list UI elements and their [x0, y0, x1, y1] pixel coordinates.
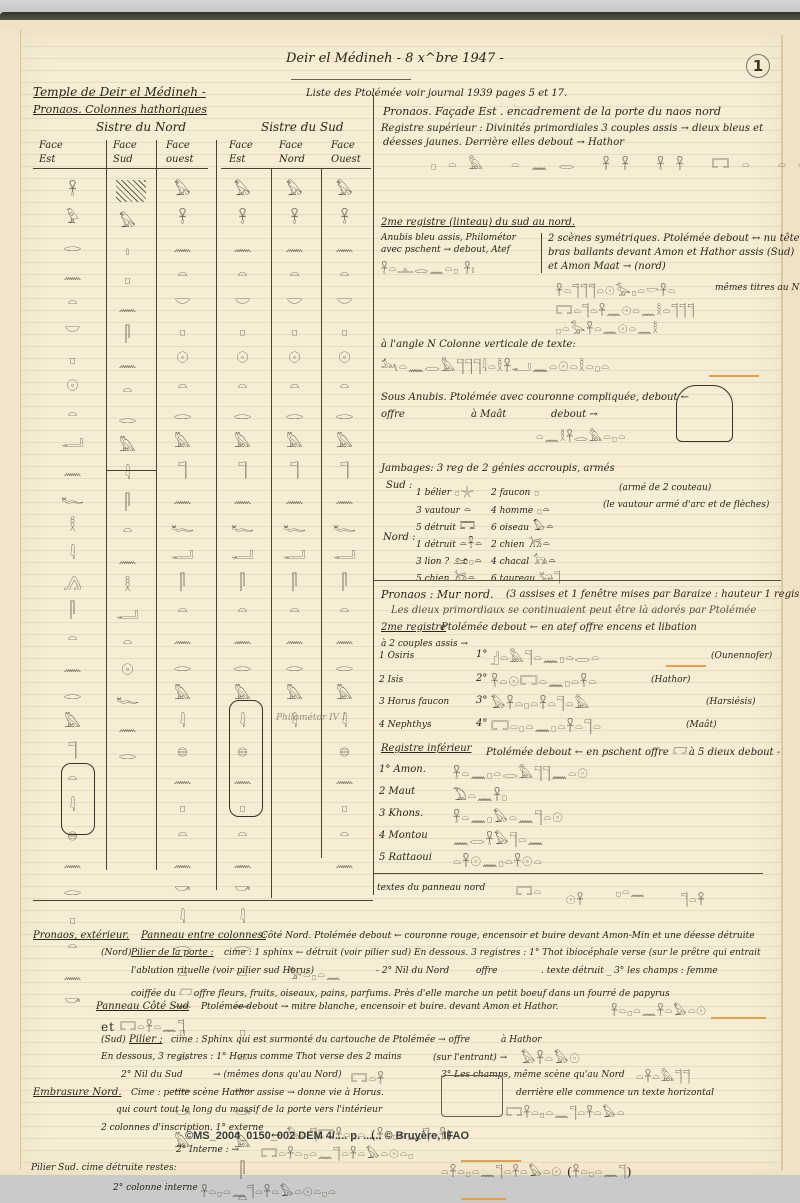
pilier-porte: Pilier de la porte :: [131, 948, 214, 958]
glyph-column-sud-nord: 𓅃𓋹𓈖𓏏𓎟𓊪𓇳𓏏𓂋𓅓𓊹𓈖𓆑𓂝𓋴𓏏𓈖𓂋𓅓𓇋: [283, 175, 301, 505]
anubis-note: Anubis bleu assis, Philométor: [381, 233, 516, 243]
glyph-row: 𓏏𓈖𓎛𓋹𓂋𓅓𓏏𓊪𓏏: [536, 425, 626, 445]
section-title: Pronaos. Colonnes hathoriques: [33, 103, 207, 116]
embrasure-title: Embrasure Nord.: [33, 1087, 122, 1098]
jambage-entry: 6 taureau𓃒𓊹: [491, 566, 562, 585]
reference-note: Liste des Ptolémée voir journal 1939 pag…: [306, 88, 567, 99]
glyph-row: 𓋹𓏏𓊵𓂋𓈖𓏏𓊪 𓋹𓏤: [381, 257, 475, 277]
jambage-name: 2 faucon: [491, 488, 530, 498]
en-dessous-2: (sur l'entrant) →: [433, 1053, 507, 1063]
glyph-group: 𓊪𓏏𓈖: [616, 880, 646, 900]
glyph-row: 𓋹𓏏𓊪𓏏𓈖𓊹𓏏𓋹𓏏𓅃𓏏𓇳𓏏𓊪𓏏: [201, 1180, 337, 1200]
panneau-entre: Panneau entre colonnes:: [141, 930, 266, 941]
panneau-nord-label: textes du panneau nord: [377, 883, 485, 893]
glyph-note: mêmes titres au N et au S: [715, 283, 800, 293]
mur-nord-line: Les dieux primordiaux se continuaient pe…: [391, 605, 756, 616]
column-header-side: Est: [229, 154, 245, 165]
table-bottom-rule: [33, 900, 373, 901]
cote-nord-text: Côté Nord. Ptolémée debout ← couronne ro…: [261, 931, 755, 941]
column-header-face: Face: [166, 140, 190, 151]
sud-label: (Sud): [101, 1035, 126, 1045]
column-header-side: Sud: [113, 154, 133, 165]
mur-nord-reg2: 2me registre: [381, 622, 446, 633]
page-divider: [373, 95, 374, 895]
glyph-column-sud-ouest: 𓅃𓋹𓈖𓏏𓎟𓊪𓇳𓏏𓂋𓅓𓊹𓈖𓆑𓂝𓋴𓏏𓈖𓂋𓅓𓇋𓐍𓈖𓊪𓏏𓈖: [333, 175, 351, 615]
registre-superieur: Registre supérieur : Divinités primordia…: [381, 123, 763, 134]
jambage-name: 6 taureau: [491, 574, 535, 584]
mur-nord-couples: à 2 couples assis →: [381, 639, 468, 649]
mur-nord-note: (3 assises et 1 fenêtre mises par Baraiz…: [506, 589, 800, 600]
glyph-column-nord-sud: 𓅃𓏤𓊪𓈖𓋴𓈖𓏏𓂋𓅓𓇋𓋴𓏏𓈖𓎛𓂝𓏏𓇳𓆑𓈖𓂋: [116, 207, 134, 497]
column-header-face: Face: [279, 140, 303, 151]
crown-sketch: [676, 385, 733, 442]
jambage-glyphs: 𓊪𓇼: [455, 485, 475, 498]
glyph-row: 𓊪𓏏𓅓 𓏏𓈖𓂋 𓋹𓋹 𓋹𓋹 𓉐𓏏 𓏏𓏏𓏏: [431, 153, 800, 174]
orange-underline: [461, 1198, 506, 1200]
glyph-row: 𓏏𓋹𓇳𓈖𓊪𓏏𓋹𓇳𓏏: [453, 850, 543, 871]
scene-sketch: [441, 1075, 503, 1117]
column-header-side: Ouest: [331, 154, 361, 165]
god-number: 2°: [476, 673, 487, 684]
glyph-row: 𓊪𓏏𓅭𓋹𓏏𓈖𓇳𓏏𓈖𓎛: [556, 317, 659, 337]
jambages-title: Jambages: 3 reg de 2 génies accroupis, a…: [381, 463, 615, 474]
jambage-name: 5 chien: [416, 574, 449, 584]
panneau-sud: Panneau Côté Sud: [96, 1001, 189, 1012]
column-header-side: Est: [39, 154, 55, 165]
glyph-row: 𓉐𓏏𓋹: [351, 1067, 385, 1087]
embrasure-text: Cime : petite scène Hathor assise → donn…: [131, 1088, 384, 1098]
glyph-row: 𓅃𓋹𓏏𓊪𓏏𓋹𓏏𓊹𓏏𓅓: [491, 692, 590, 713]
orange-underline: [711, 1017, 766, 1019]
couvert: qui court tout le long du massif de la p…: [116, 1105, 382, 1115]
glyph-row: 𓅞𓏏𓊪𓏏𓈖: [289, 963, 341, 983]
sous-anubis: Sous Anubis. Ptolémée avec couronne comp…: [381, 392, 689, 403]
god-name: 2 Isis: [379, 675, 403, 685]
column-divider: [216, 140, 217, 890]
glyph-row: 𓉐𓏏𓊹𓏏𓋹𓈖𓇳𓏏𓈖𓎛𓏏𓊹𓊹𓊹: [556, 299, 695, 319]
pilier-sud-text2: à Hathor: [501, 1035, 542, 1045]
interne: 2° Interne : →: [176, 1145, 239, 1155]
mur-nord-title: Pronaos : Mur nord.: [381, 588, 494, 601]
jambage-entry: 5 chien𓃡𓏏: [416, 566, 476, 585]
previous-page-edge: [0, 30, 21, 1170]
pilier-text: cime : 1 sphinx ← détruit (voir pilier s…: [224, 948, 761, 958]
orange-underline: [709, 375, 759, 377]
ablution-4: . texte détruit _ 3° les champs : femme: [541, 966, 718, 976]
panneau-sud-text: Ptolémée debout → mitre blanche, encenso…: [201, 1002, 558, 1012]
sous-anubis-debout: debout →: [551, 409, 598, 420]
column-divider: [106, 140, 107, 870]
glyph-group: 𓉐𓏏: [516, 880, 542, 900]
sous-anubis-maat: à Maât: [471, 409, 506, 420]
god-name: 4 Nephthys: [379, 720, 431, 730]
column-header-face: Face: [39, 140, 63, 151]
glyph-row: 𓋹𓏏𓈖𓊪𓏏𓂋𓅓𓊹𓊹𓈖𓏏𓇳: [453, 762, 589, 783]
archive-watermark: ©MS_2004_0150_002 DEM 4/.... p. ...... ©…: [185, 1130, 469, 1142]
registre-inf-title: Registre inférieur: [381, 743, 471, 754]
god-name: 3 Horus faucon: [379, 697, 449, 707]
jambages-sud-label: Sud :: [386, 480, 412, 491]
jambage-glyphs: 𓃒𓊹: [539, 571, 561, 584]
glyph-row: 𓈖𓂋𓋹𓅃𓊹𓏏𓈖: [453, 828, 544, 849]
temple-title: Temple de Deir el Médineh -: [33, 85, 206, 99]
glyph-row: 𓋹𓏏𓈖𓊪𓅃𓏏𓈖𓊹𓏏𓇳: [453, 806, 564, 827]
mur-nord-reg2-text: Ptolémée debout ← en atef offre encens e…: [441, 622, 697, 633]
god-name: 1° Amon.: [379, 764, 426, 775]
scenes-note: 2 scènes symétriques. Ptolémée debout ↔ …: [548, 233, 800, 244]
facade-title: Pronaos. Façade Est . encadrement de la …: [383, 105, 721, 118]
table-header-rule-south: [221, 168, 371, 169]
title-underline: [291, 79, 411, 80]
colonne-interne: 2° colonne interne: [113, 1183, 198, 1193]
section-rule: [373, 580, 781, 581]
jambages-note: (armé de 2 couteau): [619, 483, 711, 493]
glyph-group: 𓇳𓋹: [566, 888, 584, 908]
nil-sud-2: → (mêmes dons qu'au Nord): [213, 1070, 342, 1080]
en-dessous: En dessous, 3 registres : 1° Horus comme…: [101, 1052, 401, 1062]
reg2-title: 2me registre (linteau) du sud au nord.: [381, 217, 575, 228]
coiffee: coiffée du 𓉐 offre fleurs, fruits, oisea…: [131, 984, 670, 999]
nil-sud: 2° Nil du Sud: [121, 1070, 183, 1080]
god-number: 1°: [476, 649, 487, 660]
registre-superieur-cont: déesses jaunes. Derrière elles debout → …: [383, 137, 624, 148]
hatched-damage: [116, 180, 146, 202]
jambages-nord-label: Nord :: [383, 532, 416, 543]
glyph-row: 𓏏𓋹𓏏𓊪𓏏𓈖𓊹𓏏𓋹𓏏𓅃𓏏𓇳 (𓋹𓏏𓊪𓏏𓈖𓊹): [441, 1160, 632, 1180]
glyph-row: 𓉐𓏏𓋹𓏏𓊪𓏏𓈖𓊹𓏏𓋹𓏏𓅃𓏏𓇳𓏏𓊪: [261, 1142, 414, 1162]
cartouche: [61, 763, 95, 835]
god-epithet: (Hathor): [651, 675, 690, 685]
table-header-rule-north: [33, 168, 208, 169]
glyph-row: 𓋹𓏏𓊹𓊹𓊹𓏏𓇳𓅭𓊪𓏏𓎡𓋹𓏏: [556, 279, 676, 299]
exterieur-title: Pronaos, extérieur.: [33, 930, 129, 941]
god-name: 1 Osiris: [379, 651, 414, 661]
glyph-row: 𓅐𓏏𓈖𓋹𓊪: [453, 784, 508, 805]
glyph-group: 𓊹𓏏𓋹: [681, 888, 705, 908]
page-number: 1: [746, 54, 770, 78]
cartouche: [229, 700, 263, 817]
sistre-sud-label: Sistre du Sud: [261, 120, 344, 134]
glyph-row: 𓏏𓋹𓏏𓅓𓊹𓊹: [636, 1065, 691, 1085]
column-header-face: Face: [331, 140, 355, 151]
embrasure-text2: derrière elle commence un texte horizont…: [516, 1088, 714, 1098]
pilier-sud-cime: Pilier Sud. cime détruite restes:: [31, 1163, 177, 1173]
god-name: 2 Maut: [379, 786, 415, 797]
pilier-sud-text: cime : Sphinx qui est surmonté du cartou…: [171, 1035, 470, 1045]
god-epithet: (Ounennofer): [711, 651, 772, 661]
anubis-note-2: avec pschent → debout, Atef: [381, 245, 510, 255]
god-name: 4 Montou: [379, 830, 428, 841]
divider: [541, 233, 542, 273]
column-header-face: Face: [113, 140, 137, 151]
glyph-column-nord-ouest: 𓅃𓋹𓈖𓏏𓎟𓊪𓇳𓏏𓂋𓅓𓊹𓈖𓆑𓂝𓋴𓏏𓈖𓂋𓅓𓇋𓐍𓈖𓊪𓏏𓈖𓎡𓇋𓂋𓏏𓈖𓊪𓏏𓈖𓎡𓅓: [171, 175, 189, 875]
column-header-side: ouest: [166, 154, 194, 165]
god-number: 4°: [476, 718, 487, 729]
god-name: 3 Khons.: [379, 808, 423, 819]
glyph-row: 𓅃𓋹𓏏𓅃𓇳: [521, 1047, 581, 1068]
jambage-glyphs: 𓊪: [534, 485, 539, 498]
jambage-name: 1 bélier: [416, 488, 451, 498]
god-epithet: (Maât): [686, 720, 717, 730]
orange-underline: [666, 665, 706, 667]
glyph-row: 𓉐𓏏𓊪𓏏𓈖𓊪𓏏𓋹𓏏𓊹𓏏: [491, 715, 602, 736]
column-end-rule: [106, 470, 156, 471]
glyph-row: 𓃢𓏏𓈖𓂋𓅓𓊹𓊹𓊹𓇋𓏏𓎛𓋹𓂝𓈖𓏏𓇳𓏏𓎛𓏏𓊪𓏏: [381, 355, 610, 376]
jambage-entry: 1 bélier𓊪𓇼: [416, 480, 475, 499]
registre-inf-text: Ptolémée debout ← en pschent offre 𓉐 à 5…: [486, 743, 780, 759]
glyph-row: et 𓉐𓏏𓋹𓏏𓈖𓊹: [101, 1015, 186, 1035]
glyph-row: 𓋹𓏏𓊪𓏏𓈖𓋹𓏏𓅃𓏏𓇳: [611, 999, 707, 1019]
glyph-row: 𓊨𓏏𓅓𓊹𓏏𓈖𓊪𓏏𓂋𓏏: [491, 646, 600, 667]
nord-label: (Nord): [101, 948, 131, 958]
column-header-side: Nord: [279, 154, 305, 165]
angle-label: à l'angle N Colonne verticale de texte:: [381, 339, 576, 350]
scenes-note-3: et Amon Maat → (nord): [548, 261, 666, 272]
pencil-note: Philométor IV I: [276, 713, 346, 723]
page-title: Deir el Médineh - 8 x^bre 1947 -: [286, 51, 504, 66]
ablution-3: offre: [476, 966, 497, 976]
glyph-row: 𓉐𓋹𓏏𓊪𓏏𓈖𓊹𓏏𓋹𓏏𓅃𓏏: [506, 1101, 625, 1121]
sistre-nord-label: Sistre du Nord: [96, 120, 186, 134]
column-divider: [321, 168, 322, 858]
jambage-entry: 2 faucon𓊪: [491, 480, 540, 499]
sous-anubis-offre: offre: [381, 409, 405, 420]
god-epithet: (Harsiésis): [706, 697, 755, 707]
god-number: 3°: [476, 695, 487, 706]
notebook-page: Deir el Médineh - 8 x^bre 1947 - 1 Templ…: [20, 35, 783, 1170]
pilier-sud: Pilier ;: [129, 1034, 163, 1045]
column-header-face: Face: [229, 140, 253, 151]
section-rule: [373, 873, 763, 874]
god-name: 5 Rattaoui: [379, 852, 432, 863]
column-divider: [156, 140, 157, 870]
jambage-glyphs: 𓃡𓏏: [453, 571, 475, 584]
jambages-note: (le vautour armé d'arc et de flèches): [603, 500, 769, 510]
column-divider: [271, 168, 272, 898]
ablution-2: - 2° Nil du Nord: [376, 966, 449, 976]
scenes-note-2: bras ballants devant Amon et Hathor assi…: [548, 247, 794, 258]
glyph-row: 𓋹𓏏𓇳𓉐𓏏𓈖𓊪𓏏𓋹𓏏: [491, 670, 598, 691]
ablution: l'ablution rituelle (voir pilier sud Hor…: [131, 966, 314, 976]
